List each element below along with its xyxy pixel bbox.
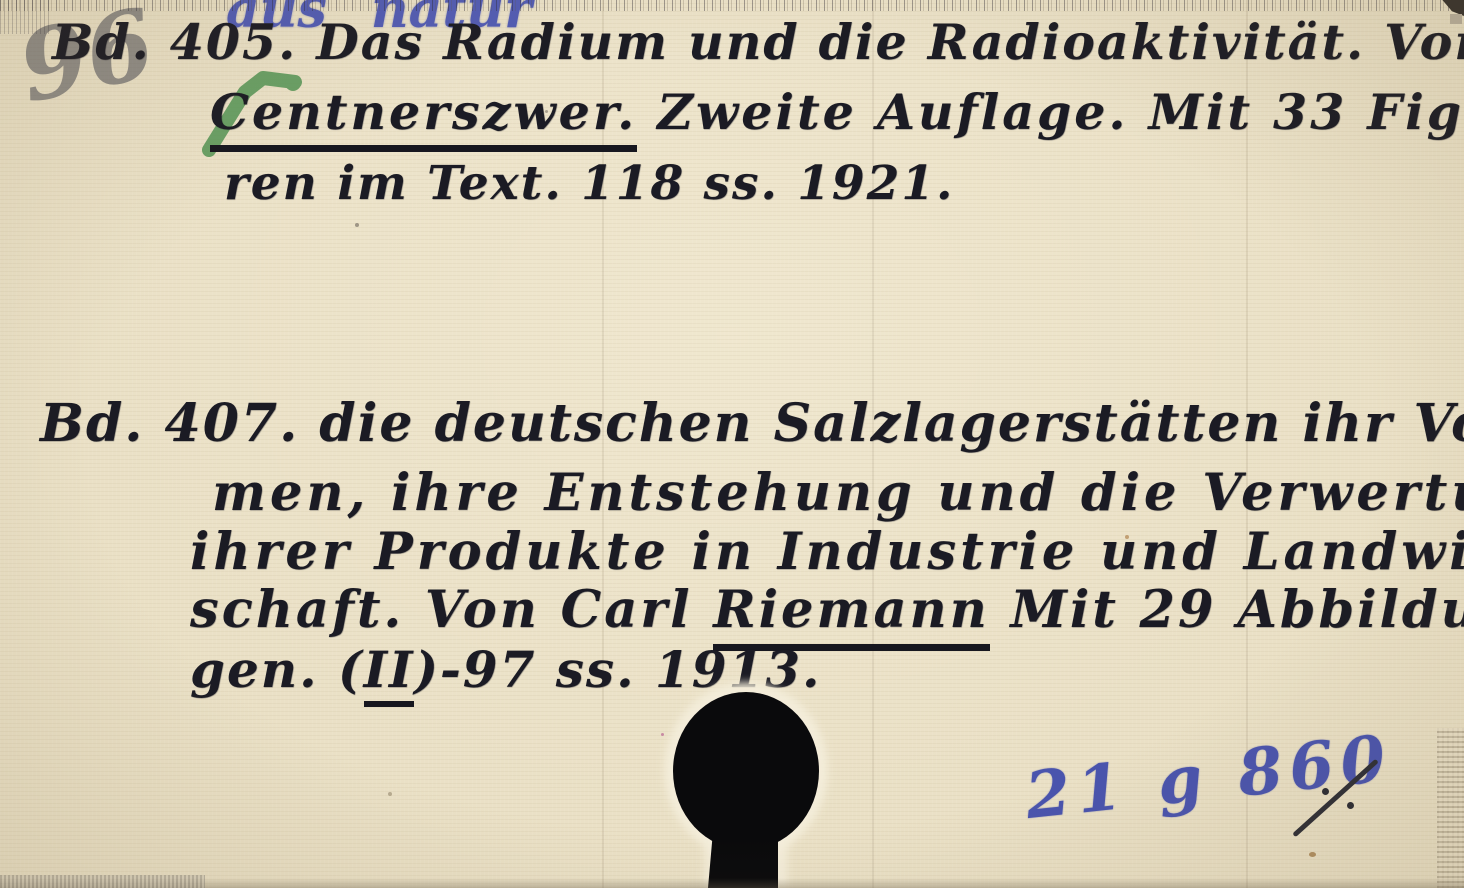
paper-speck	[1125, 535, 1129, 539]
paper-speck	[388, 792, 392, 796]
slash-dot	[1322, 788, 1329, 795]
entry1-line3: ren im Text. 118 ss. 1921.	[224, 160, 954, 207]
shelf-number: 21 g 860	[1023, 727, 1396, 829]
entry-text: Bd. 407. die deutschen Salzlagerstätten …	[40, 393, 1464, 454]
entry-text: ihrer Produkte in Industrie und Landwirt…	[190, 522, 1464, 582]
paper-speck	[545, 110, 548, 113]
entry2-line1: Bd. 407. die deutschen Salzlagerstätten …	[40, 398, 1464, 450]
scan-artifact-top-left	[0, 0, 52, 34]
entry-text: gen. (	[190, 640, 364, 699]
punch-hole	[608, 670, 908, 888]
entry-text: Zweite Auflage. Mit 33 Figu-	[637, 83, 1464, 141]
entry-text: Mit 29 Abbildun-	[990, 580, 1464, 640]
slash-dot	[1347, 802, 1354, 809]
entry-text: ren im Text. 118 ss. 1921.	[224, 156, 954, 211]
paper-speck	[1309, 852, 1316, 857]
paper-speck	[355, 223, 359, 227]
scan-artifact-top	[0, 0, 1464, 11]
scan-artifact-bottom	[0, 878, 1464, 888]
scan-artifact-right	[1437, 728, 1464, 888]
scan-artifact-corner-block	[1450, 14, 1462, 24]
entry2-line2: men, ihre Entstehung und die Verwertung	[212, 468, 1464, 519]
entry1-line2: Centnerszwer. Zweite Auflage. Mit 33 Fig…	[210, 88, 1464, 137]
entry2-line3: ihrer Produkte in Industrie und Landwirt…	[190, 527, 1464, 578]
volume-numeral-underlined: II	[364, 640, 415, 707]
entry-text: men, ihre Entstehung und die Verwertung	[212, 463, 1464, 523]
entry-text: schaft. Von Carl	[190, 580, 713, 640]
entry-text: Bd. 405. Das Radium und die Radioaktivit…	[52, 13, 1464, 71]
scan-artifact-bottom-left	[0, 875, 205, 888]
catalog-card: 96 aus natur Bd. 405. Das Radium und die…	[0, 0, 1464, 888]
author-underlined: Centnerszwer.	[210, 83, 637, 152]
entry2-line4: schaft. Von Carl Riemann Mit 29 Abbildun…	[190, 585, 1464, 636]
entry1-line1: Bd. 405. Das Radium und die Radioaktivit…	[52, 18, 1464, 67]
